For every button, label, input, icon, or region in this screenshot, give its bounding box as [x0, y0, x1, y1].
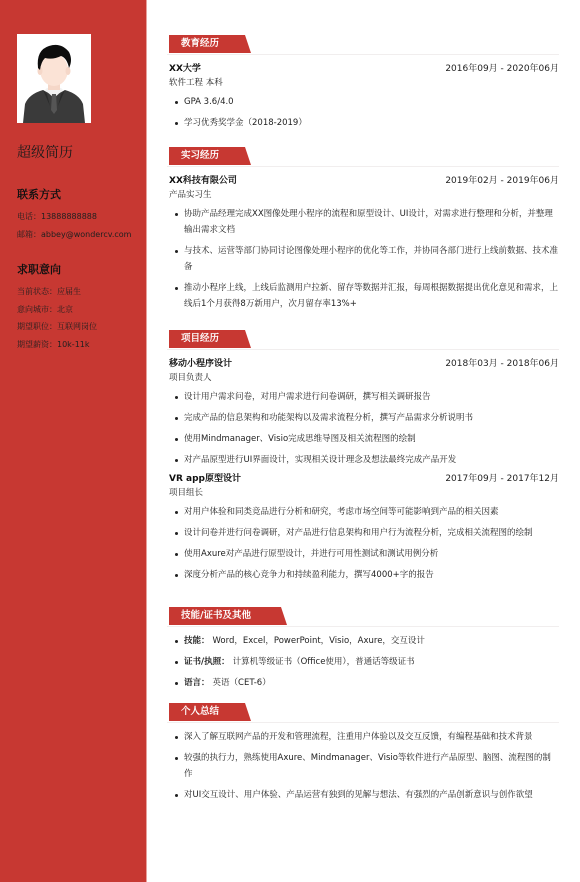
- project-1-bullets: 设计用户需求问卷，对用户需求进行问卷调研，撰写相关调研报告 完成产品的信息架构和…: [167, 389, 559, 468]
- education-tag: 教育经历: [169, 35, 251, 53]
- language-value: 英语（CET-6）: [213, 678, 271, 688]
- language-label: 语言：: [184, 678, 210, 688]
- list-item: 对UI交互设计、用户体验、产品运营有独到的见解与想法、有强烈的产品创新意识与创作…: [173, 787, 559, 803]
- summary-bullets: 深入了解互联网产品的开发和管理流程，注重用户体验以及交互反馈，有编程基础和技术背…: [167, 729, 559, 803]
- summary-section: 个人总结 深入了解互联网产品的开发和管理流程，注重用户体验以及交互反馈，有编程基…: [167, 703, 559, 808]
- education-entry-head: XX大学 2016年09月 - 2020年06月: [167, 59, 559, 75]
- list-item: 语言：英语（CET-6）: [173, 675, 559, 691]
- education-bullets: GPA 3.6/4.0 学习优秀奖学金（2018-2019）: [167, 94, 559, 131]
- summary-header: 个人总结: [167, 703, 559, 723]
- contact-heading: 联系方式: [17, 186, 142, 202]
- internship-bullets: 协助产品经理完成XX图像处理小程序的流程和原型设计、UI设计，对需求进行整理和分…: [167, 206, 559, 312]
- education-header: 教育经历: [167, 35, 559, 55]
- contact-section: 联系方式 电话：13888888888 邮箱：abbey@wondercv.co…: [17, 186, 142, 243]
- sidebar: 超级简历 联系方式 电话：13888888888 邮箱：abbey@wonder…: [0, 0, 147, 882]
- project-name: 移动小程序设计: [169, 356, 232, 369]
- skills-tag: 技能/证书及其他: [169, 607, 287, 625]
- skills-header: 技能/证书及其他: [167, 607, 559, 627]
- internship-section: 实习经历 XX科技有限公司 2019年02月 - 2019年06月 产品实习生 …: [167, 147, 559, 317]
- job-intent-section: 求职意向 当前状态：应届生 意向城市：北京 期望职位：互联网岗位 期望薪资：10…: [17, 261, 142, 353]
- phone-line: 电话：13888888888: [17, 208, 142, 226]
- skills-bullets: 技能：Word，Excel，PowerPoint，Visio，Axure，交互设…: [167, 633, 559, 691]
- education-section: 教育经历 XX大学 2016年09月 - 2020年06月 软件工程 本科 GP…: [167, 35, 559, 136]
- list-item: 技能：Word，Excel，PowerPoint，Visio，Axure，交互设…: [173, 633, 559, 649]
- list-item: 较强的执行力，熟练使用Axure、Mindmanager、Visio等软件进行产…: [173, 750, 559, 782]
- project-date: 2017年09月 - 2017年12月: [445, 471, 559, 484]
- list-item: 对产品原型进行UI界面设计，实现相关设计理念及想法最终完成产品开发: [173, 452, 559, 468]
- internship-header: 实习经历: [167, 147, 559, 167]
- list-item: 与技术、运营等部门协同讨论图像处理小程序的优化等工作，并协同各部门进行上线前数据…: [173, 243, 559, 275]
- projects-header: 项目经历: [167, 330, 559, 350]
- projects-section: 项目经历 移动小程序设计 2018年03月 - 2018年06月 项目负责人 设…: [167, 330, 559, 588]
- company-name: XX科技有限公司: [169, 173, 237, 186]
- skill-label: 技能：: [184, 636, 210, 646]
- skills-section: 技能/证书及其他 技能：Word，Excel，PowerPoint，Visio，…: [167, 607, 559, 696]
- salary-line: 期望薪资：10k-11k: [17, 336, 142, 354]
- projects-tag: 项目经历: [169, 330, 251, 348]
- major: 软件工程 本科: [167, 75, 559, 91]
- list-item: 深度分析产品的核心竞争力和持续盈利能力，撰写4000+字的报告: [173, 567, 559, 583]
- project-2-bullets: 对用户体验和同类竞品进行分析和研究，考虑市场空间等可能影响到产品的相关因素 设计…: [167, 504, 559, 583]
- list-item: 证书/执照：计算机等级证书（Office使用），普通话等级证书: [173, 654, 559, 670]
- project-1-head: 移动小程序设计 2018年03月 - 2018年06月: [167, 354, 559, 370]
- skill-value: Word，Excel，PowerPoint，Visio，Axure，交互设计: [213, 636, 425, 646]
- list-item: 深入了解互联网产品的开发和管理流程，注重用户体验以及交互反馈，有编程基础和技术背…: [173, 729, 559, 745]
- list-item: 协助产品经理完成XX图像处理小程序的流程和原型设计、UI设计，对需求进行整理和分…: [173, 206, 559, 238]
- project-name: VR app原型设计: [169, 471, 241, 484]
- list-item: 使用Axure对产品进行原型设计，并进行可用性测试和测试用例分析: [173, 546, 559, 562]
- project-2-head: VR app原型设计 2017年09月 - 2017年12月: [167, 469, 559, 485]
- summary-tag: 个人总结: [169, 703, 251, 721]
- email-line: 邮箱：abbey@wondercv.com: [17, 226, 142, 244]
- list-item: 完成产品的信息架构和功能架构以及需求流程分析，撰写产品需求分析说明书: [173, 410, 559, 426]
- position-line: 期望职位：互联网岗位: [17, 318, 142, 336]
- project-date: 2018年03月 - 2018年06月: [445, 356, 559, 369]
- project-role: 项目组长: [167, 485, 559, 501]
- resume-title: 超级简历: [17, 142, 73, 162]
- cert-value: 计算机等级证书（Office使用），普通话等级证书: [233, 657, 415, 667]
- internship-tag: 实习经历: [169, 147, 251, 165]
- list-item: 学习优秀奖学金（2018-2019）: [173, 115, 559, 131]
- list-item: 推动小程序上线，上线后监测用户拉新、留存等数据并汇报，每周根据数据提出优化意见和…: [173, 280, 559, 312]
- avatar: [17, 34, 91, 123]
- intern-role: 产品实习生: [167, 187, 559, 203]
- job-intent-heading: 求职意向: [17, 261, 142, 277]
- city-line: 意向城市：北京: [17, 301, 142, 319]
- project-role: 项目负责人: [167, 370, 559, 386]
- internship-entry-head: XX科技有限公司 2019年02月 - 2019年06月: [167, 171, 559, 187]
- education-date: 2016年09月 - 2020年06月: [445, 61, 559, 74]
- person-avatar-icon: [17, 34, 91, 123]
- list-item: 设计问卷并进行问卷调研，对产品进行信息架构和用户行为流程分析，完成相关流程图的绘…: [173, 525, 559, 541]
- list-item: 使用Mindmanager、Visio完成思维导图及相关流程图的绘制: [173, 431, 559, 447]
- status-line: 当前状态：应届生: [17, 283, 142, 301]
- internship-date: 2019年02月 - 2019年06月: [445, 173, 559, 186]
- cert-label: 证书/执照：: [184, 657, 230, 667]
- school-name: XX大学: [169, 61, 201, 74]
- list-item: GPA 3.6/4.0: [173, 94, 559, 110]
- list-item: 设计用户需求问卷，对用户需求进行问卷调研，撰写相关调研报告: [173, 389, 559, 405]
- list-item: 对用户体验和同类竞品进行分析和研究，考虑市场空间等可能影响到产品的相关因素: [173, 504, 559, 520]
